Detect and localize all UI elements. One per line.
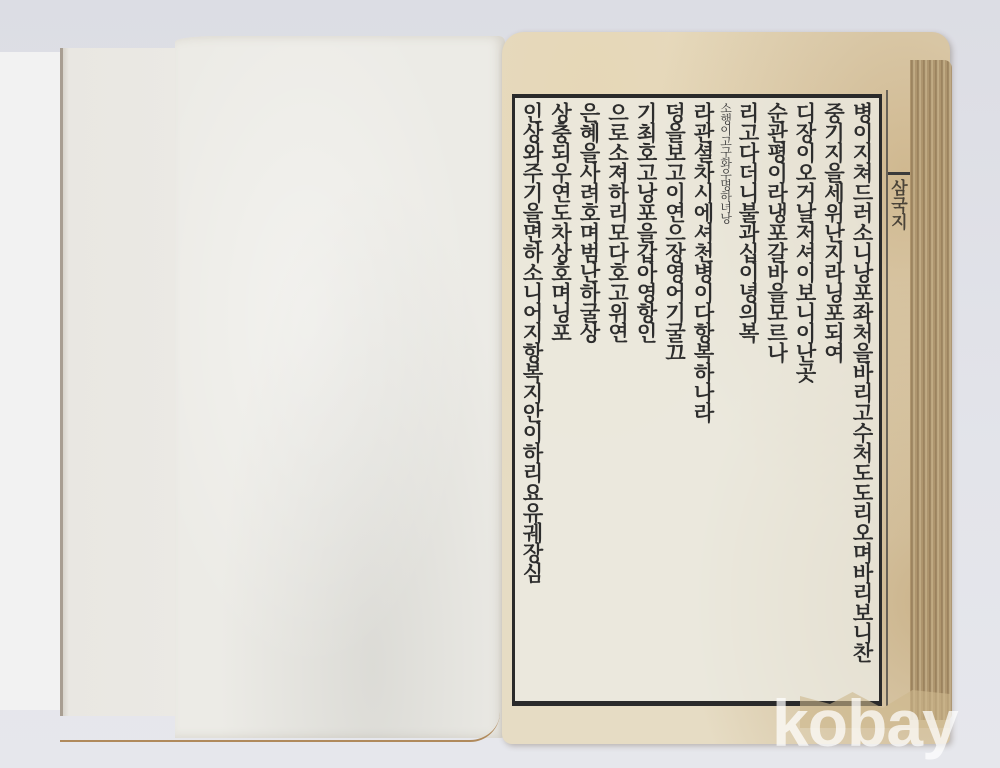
text-column: 기최호고낭포을갑아영항인 bbox=[633, 102, 659, 697]
text-column: 상충되우연도차상호며닝포 bbox=[548, 102, 574, 697]
watermark-logo: kobay bbox=[772, 688, 958, 758]
left-blank-page bbox=[175, 36, 505, 738]
printed-text-frame: 병이지쳐드러소니낭포좌처을바리고수처도도리오며바리보니찬 중기지을세위난지라닝포… bbox=[512, 94, 882, 706]
text-column-annotation: 소행이고구화우명하녀낭 bbox=[719, 102, 733, 697]
text-column: 중기지을세위난지라닝포되여 bbox=[821, 102, 847, 697]
left-flyleaf-outer bbox=[0, 52, 63, 710]
page-edges bbox=[910, 60, 952, 720]
text-column: 라관셜차시에셔천병이다항복하나라 bbox=[690, 102, 716, 697]
book-photo: 병이지쳐드러소니낭포좌처을바리고수처도도리오며바리보니찬 중기지을세위난지라닝포… bbox=[0, 0, 1000, 768]
text-column: 으로소져하리모다호고위연 bbox=[605, 102, 631, 697]
text-column: 리고다더니불과십이녕의복 bbox=[735, 102, 761, 697]
text-column: 병이지쳐드러소니낭포좌처을바리고수처도도리오며바리보니찬 bbox=[849, 102, 875, 697]
text-column: 인상와주기을면하소니어지항복지안이하리요유궤장심 bbox=[519, 102, 545, 697]
text-column: 은혜을사려호며범난하굴상 bbox=[576, 102, 602, 697]
text-columns: 병이지쳐드러소니낭포좌처을바리고수처도도리오며바리보니찬 중기지을세위난지라닝포… bbox=[519, 102, 875, 697]
left-flyleaf-inner bbox=[60, 48, 180, 716]
text-column: 순관평이라냉포갈바을모르나 bbox=[764, 102, 790, 697]
text-column: 디장이오거날저셔이보니이난곳 bbox=[792, 102, 818, 697]
text-column: 덩을보고이연으장영어기굴끄 bbox=[662, 102, 688, 697]
margin-book-title: 삼국지 bbox=[888, 172, 910, 282]
